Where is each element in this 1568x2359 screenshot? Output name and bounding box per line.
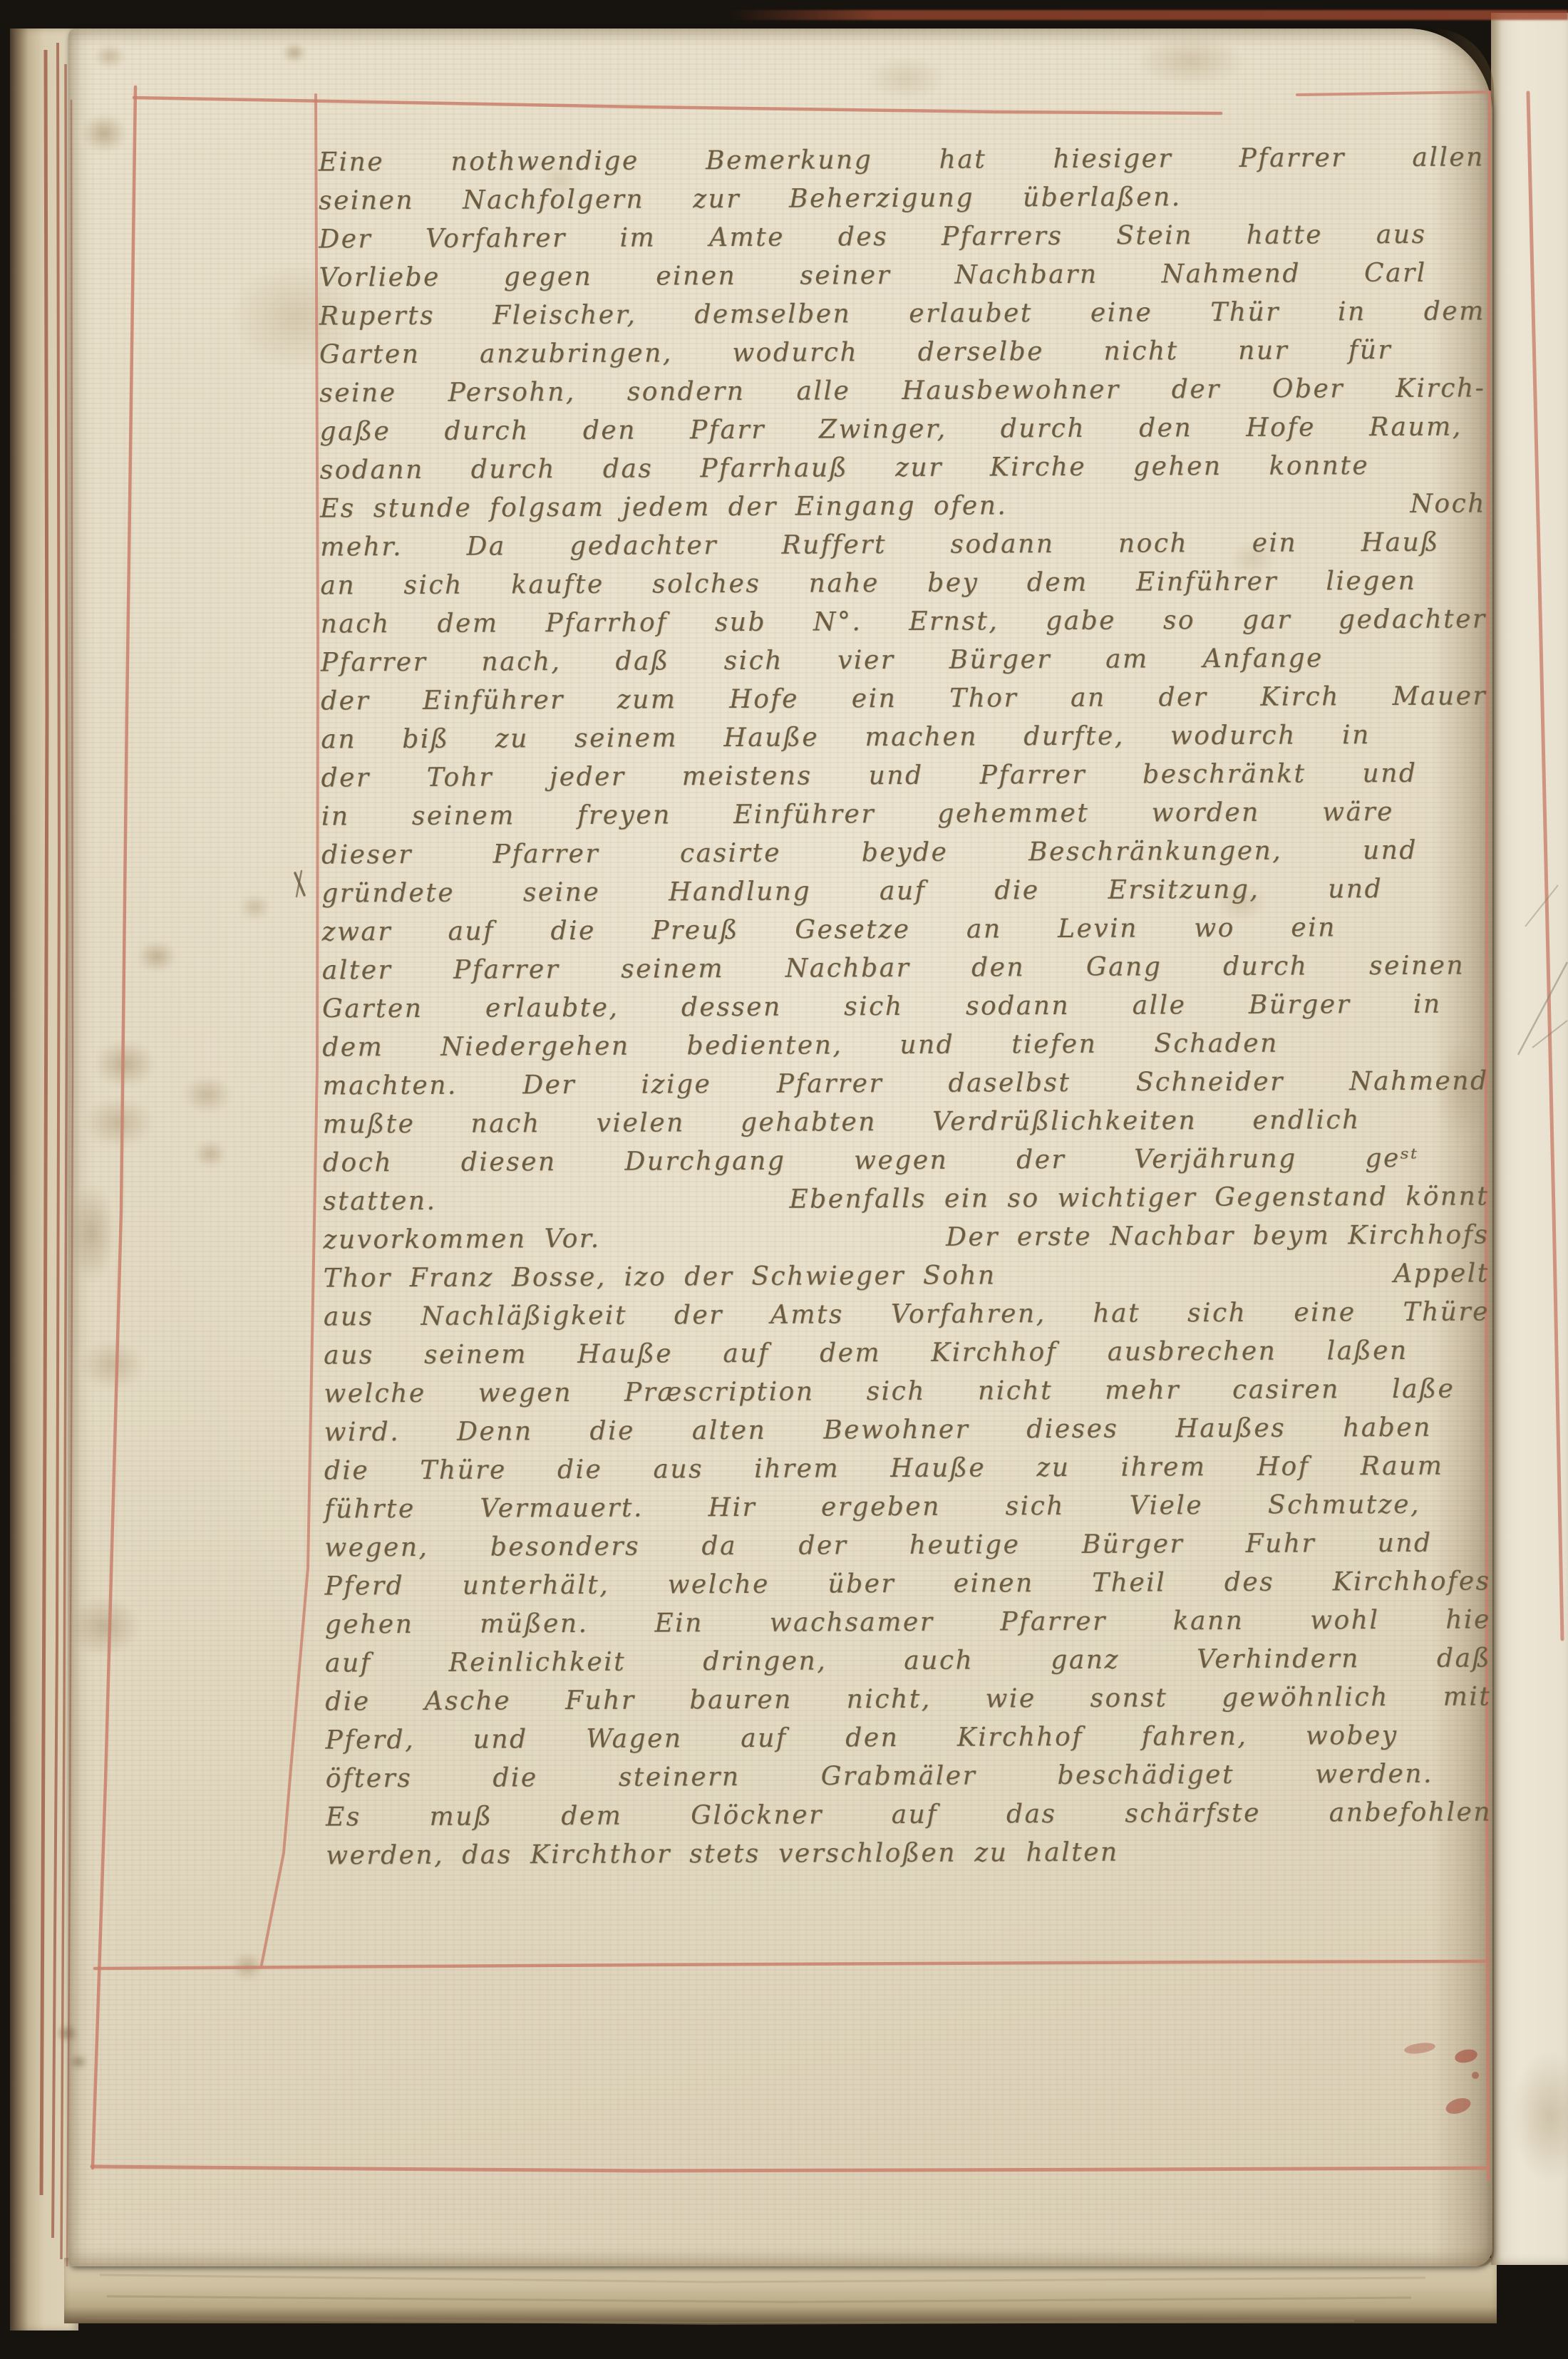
text-line-segment: an sich kaufte solches nahe bey dem Einf… [320, 562, 1416, 606]
text-line-segment: die Thüre die aus ihrem Hauße zu ihrem H… [324, 1447, 1444, 1491]
text-line: Garten erlaubte, dessen sich sodann alle… [322, 986, 1442, 1029]
text-line: mehr. Da gedachter Ruffert sodann noch e… [320, 524, 1440, 567]
text-line-segment: zuvorkommen Vor. [323, 1220, 600, 1260]
red-ink-smudge [1472, 2072, 1479, 2079]
text-line: gehen müßen. Ein wachsamer Pfarrer kann … [325, 1601, 1491, 1644]
manuscript-text: Eine nothwendige Bemerkung hat hiesiger … [319, 138, 1492, 1875]
text-line-segment: statten. [323, 1182, 437, 1222]
text-line-segment: wird. Denn die alten Bewohner dieses Hau… [324, 1409, 1431, 1452]
page-edge-red-line [67, 100, 73, 2266]
text-line-segment: der Einführer zum Hofe ein Thor an der K… [321, 677, 1487, 721]
text-line: wird. Denn die alten Bewohner dieses Hau… [324, 1409, 1431, 1452]
text-line: Es muß dem Glöckner auf das schärfste an… [326, 1793, 1492, 1837]
text-line-segment: in seinem freyen Einführer gehemmet word… [321, 793, 1394, 837]
text-line: der Tohr jeder meistens und Pfarrer besc… [321, 755, 1417, 798]
text-line-segment: Thor Franz Bosse, izo der Schwieger Sohn [324, 1256, 996, 1298]
text-line: gründete seine Handlung auf die Ersitzun… [321, 870, 1383, 913]
text-line: die Asche Fuhr bauren nicht, wie sonst g… [325, 1678, 1491, 1721]
page-bottom-rule [92, 2167, 1487, 2171]
text-line: Pfarrer nach, daß sich vier Bürger am An… [321, 639, 1324, 682]
text-line: dieser Pfarrer casirte beyde Beschränkun… [321, 832, 1418, 875]
text-line-segment: Noch [1410, 485, 1486, 523]
text-line-segment: führte Vermauert. Hir ergeben sich Viele… [324, 1486, 1420, 1529]
text-line: sodann durch das Pfarrhauß zur Kirche ge… [320, 447, 1370, 490]
text-line-segment: an biß zu seinem Hauße machen durfte, wo… [321, 716, 1371, 759]
outer-left-rule [93, 87, 135, 2168]
text-line-segment: wegen, besonders da der heutige Bürger F… [324, 1524, 1432, 1568]
text-line-segment: alter Pfarrer seinem Nachbar den Gang du… [322, 947, 1465, 991]
next-page-rule [1528, 93, 1562, 1639]
text-line: Es stunde folgsam jedem der Eingang ofen… [320, 485, 1486, 528]
text-line-segment: Pfarrer nach, daß sich vier Bürger am An… [321, 639, 1324, 682]
text-line-segment: Appelt [1393, 1254, 1490, 1294]
text-line-segment: Pferd, und Wagen auf den Kirchhof fahren… [325, 1717, 1398, 1760]
text-line-segment: machten. Der izige Pfarrer daselbst Schn… [322, 1062, 1488, 1105]
text-line-segment: Ebenfalls ein so wichtiger Gegenstand kö… [789, 1177, 1489, 1219]
page-edge-red-line [53, 43, 59, 2238]
text-line: zuvorkommen Vor.Der erste Nachbar beym K… [323, 1216, 1489, 1259]
text-line: wegen, besonders da der heutige Bürger F… [324, 1524, 1432, 1568]
text-line: nach dem Pfarrhof sub N°. Ernst, gabe so… [321, 600, 1487, 644]
text-line-segment: Vorliebe gegen einen seiner Nachbarn Nah… [319, 254, 1426, 298]
text-line-segment: gaße durch den Pfarr Zwinger, durch den … [319, 408, 1462, 452]
text-line-segment: auf Reinlichkeit dringen, auch ganz Verh… [325, 1639, 1491, 1683]
text-line-segment: die Asche Fuhr bauren nicht, wie sonst g… [325, 1678, 1491, 1721]
text-line: Thor Franz Bosse, izo der Schwieger Sohn… [324, 1254, 1490, 1298]
text-line-segment: Eine nothwendige Bemerkung hat hiesiger … [319, 138, 1485, 182]
text-line: seinen Nachfolgern zur Beherzigung überl… [319, 178, 1182, 220]
text-line: führte Vermauert. Hir ergeben sich Viele… [324, 1486, 1420, 1529]
text-line-segment: aus seinem Hauße auf dem Kirchhof ausbre… [324, 1332, 1408, 1375]
text-line-segment: Ruperts Fleischer, demselben erlaubet ei… [319, 292, 1485, 336]
bottom-edge-striation [100, 2275, 1425, 2282]
top-rule-gutter-segment [1297, 92, 1487, 95]
text-line-segment: dieser Pfarrer casirte beyde Beschränkun… [321, 832, 1418, 875]
text-line-segment: mußte nach vielen gehabten Verdrüßlichke… [323, 1101, 1361, 1144]
text-line-segment: dem Niedergehen bedienten, und tiefen Sc… [322, 1025, 1279, 1068]
text-line: die Thüre die aus ihrem Hauße zu ihrem H… [324, 1447, 1444, 1491]
bottom-edge-striation [107, 2296, 1411, 2302]
text-line: werden, das Kirchthor stets verschloßen … [326, 1834, 1119, 1876]
bottom-edge-striation [86, 2318, 1354, 2323]
text-line-segment: zwar auf die Preuß Gesetze an Levin wo e… [321, 909, 1336, 951]
text-line: statten.Ebenfalls ein so wichtiger Gegen… [323, 1177, 1489, 1221]
page-edge-red-line [41, 50, 47, 2195]
text-line-segment: doch diesen Durchgang wegen der Verjähru… [323, 1140, 1419, 1183]
text-line-segment: seinen Nachfolgern zur Beherzigung überl… [319, 178, 1182, 220]
text-line: doch diesen Durchgang wegen der Verjähru… [323, 1140, 1419, 1183]
red-ink-smudge [1453, 2048, 1478, 2065]
text-line: öfters die steinern Grabmäler beschädige… [326, 1755, 1433, 1799]
red-ink-smudge [1444, 2095, 1472, 2117]
red-ink-smudge [1403, 2041, 1436, 2055]
text-line-segment: mehr. Da gedachter Ruffert sodann noch e… [320, 524, 1440, 567]
text-line-segment: werden, das Kirchthor stets verschloßen … [326, 1834, 1119, 1876]
text-line-segment: gehen müßen. Ein wachsamer Pfarrer kann … [325, 1601, 1491, 1644]
text-line-segment: gründete seine Handlung auf die Ersitzun… [321, 870, 1383, 913]
page-edge-red-line [61, 64, 67, 2259]
pencil-scribble [1518, 962, 1567, 1055]
text-line: welche wegen Præscription sich nicht meh… [324, 1371, 1455, 1414]
text-line: Vorliebe gegen einen seiner Nachbarn Nah… [319, 254, 1426, 298]
pencil-scribble [1525, 885, 1558, 926]
text-line: in seinem freyen Einführer gehemmet word… [321, 793, 1394, 837]
text-line-segment: aus Nachläßigkeit der Amts Vorfahren, ha… [324, 1293, 1490, 1336]
text-line: auf Reinlichkeit dringen, auch ganz Verh… [325, 1639, 1491, 1683]
text-line: an biß zu seinem Hauße machen durfte, wo… [321, 716, 1371, 759]
text-bottom-rule [95, 1961, 1487, 1968]
text-line-segment: Es muß dem Glöckner auf das schärfste an… [326, 1793, 1492, 1837]
text-line: alter Pfarrer seinem Nachbar den Gang du… [322, 947, 1465, 991]
text-line-segment: öfters die steinern Grabmäler beschädige… [326, 1755, 1433, 1799]
book-scan: Eine nothwendige Bemerkung hat hiesiger … [0, 0, 1568, 2359]
top-rule [134, 98, 1221, 113]
text-line: dem Niedergehen bedienten, und tiefen Sc… [322, 1025, 1279, 1068]
text-line-segment: Garten anzubringen, wodurch derselbe nic… [319, 331, 1392, 375]
text-margin-left-rule [262, 95, 318, 1965]
text-line: Ruperts Fleischer, demselben erlaubet ei… [319, 292, 1485, 336]
text-line-segment: Garten erlaubte, dessen sich sodann alle… [322, 986, 1442, 1029]
text-line-segment: der Tohr jeder meistens und Pfarrer besc… [321, 755, 1417, 798]
text-line: der Einführer zum Hofe ein Thor an der K… [321, 677, 1487, 721]
text-line: Pferd unterhält, welche über einen Theil… [324, 1562, 1490, 1606]
text-line-segment: seine Persohn, sondern alle Hausbewohner… [319, 369, 1485, 413]
text-line: Der Vorfahrer im Amte des Pfarrers Stein… [319, 216, 1426, 259]
text-line-segment: nach dem Pfarrhof sub N°. Ernst, gabe so… [321, 600, 1487, 644]
text-line: Pferd, und Wagen auf den Kirchhof fahren… [325, 1717, 1398, 1760]
text-line: Garten anzubringen, wodurch derselbe nic… [319, 331, 1392, 375]
text-line: aus Nachläßigkeit der Amts Vorfahren, ha… [324, 1293, 1490, 1336]
text-line: machten. Der izige Pfarrer daselbst Schn… [322, 1062, 1488, 1105]
text-line: zwar auf die Preuß Gesetze an Levin wo e… [321, 909, 1336, 951]
text-line-segment: Es stunde folgsam jedem der Eingang ofen… [320, 487, 1008, 528]
text-line: gaße durch den Pfarr Zwinger, durch den … [319, 408, 1462, 452]
text-line-segment: Pferd unterhält, welche über einen Theil… [324, 1562, 1490, 1606]
text-line: seine Persohn, sondern alle Hausbewohner… [319, 369, 1485, 413]
text-line-segment: sodann durch das Pfarrhauß zur Kirche ge… [320, 447, 1370, 490]
text-line: mußte nach vielen gehabten Verdrüßlichke… [323, 1101, 1361, 1144]
text-line: aus seinem Hauße auf dem Kirchhof ausbre… [324, 1332, 1408, 1375]
text-line: Eine nothwendige Bemerkung hat hiesiger … [319, 138, 1485, 182]
text-line-segment: welche wegen Præscription sich nicht meh… [324, 1371, 1455, 1414]
text-line-segment: Der erste Nachbar beym Kirchhofs [946, 1216, 1490, 1256]
text-line-segment: Der Vorfahrer im Amte des Pfarrers Stein… [319, 216, 1426, 259]
text-line: an sich kaufte solches nahe bey dem Einf… [320, 562, 1416, 606]
